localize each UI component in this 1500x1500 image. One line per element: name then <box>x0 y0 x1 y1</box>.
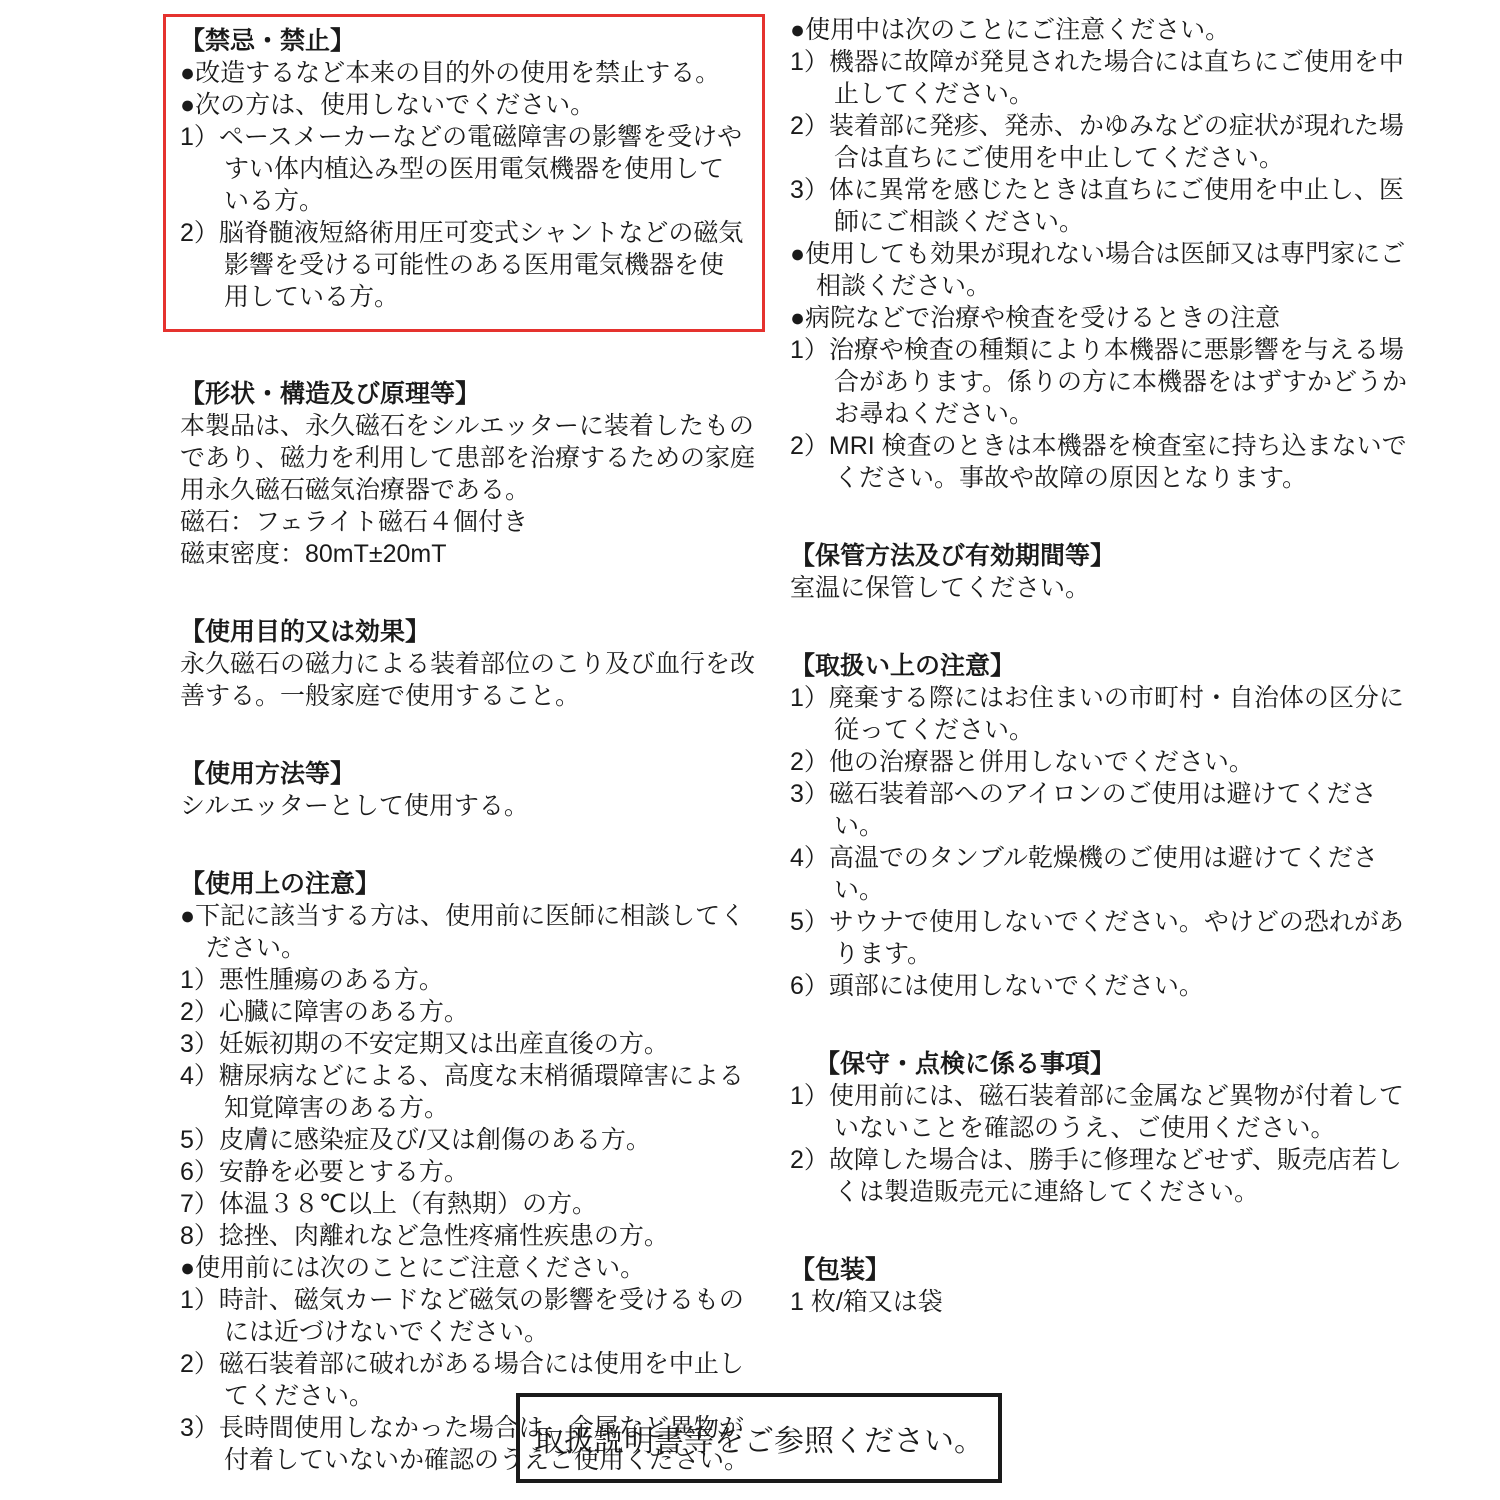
section-intended-purpose: 【使用目的又は効果】 永久磁石の磁力による装着部位のこり及び血行を改善する。一般… <box>163 616 765 712</box>
section-heading-storage: 【保管方法及び有効期間等】 <box>790 540 1422 572</box>
list-item: 2）脳脊髄液短絡術用圧可変式シャントなどの磁気影響を受ける可能性のある医用電気機… <box>180 217 748 313</box>
list-item: 4）高温でのタンブル乾燥機のご使用は避けてください。 <box>790 842 1422 906</box>
section-heading-shape-structure: 【形状・構造及び原理等】 <box>180 378 765 410</box>
list-item: ●下記に該当する方は、使用前に医師に相談してください。 <box>180 900 765 964</box>
list-item: 1）治療や検査の種類により本機器に悪影響を与える場合があります。係りの方に本機器… <box>790 334 1422 430</box>
list-item: 1）機器に故障が発見された場合には直ちにご使用を中止してください。 <box>790 46 1422 110</box>
paragraph: 磁石：フェライト磁石４個付き <box>180 506 765 538</box>
list-item: 6）安静を必要とする方。 <box>180 1156 765 1188</box>
list-item: 3）体に異常を感じたときは直ちにご使用を中止し、医師にご相談ください。 <box>790 174 1422 238</box>
paragraph: シルエッターとして使用する。 <box>180 790 765 822</box>
section-heading-usage-method: 【使用方法等】 <box>180 758 765 790</box>
section-usage-method: 【使用方法等】 シルエッターとして使用する。 <box>163 758 765 822</box>
section-heading-maintenance-inspection: 【保守・点検に係る事項】 <box>790 1048 1422 1080</box>
section-packaging: 【包装】 1 枚/箱又は袋 <box>790 1254 1422 1318</box>
list-item: 8）捻挫、肉離れなど急性疼痛性疾患の方。 <box>180 1220 765 1252</box>
section-handling-precautions: 【取扱い上の注意】 1）廃棄する際にはお住まいの市町村・自治体の区分に従ってくだ… <box>790 650 1422 1002</box>
list-item: 3）妊娠初期の不安定期又は出産直後の方。 <box>180 1028 765 1060</box>
section-maintenance-inspection: 【保守・点検に係る事項】 1）使用前には、磁石装着部に金属など異物が付着していな… <box>790 1048 1422 1208</box>
list-item: ●次の方は、使用しないでください。 <box>180 89 748 121</box>
list-item: 1）悪性腫瘍のある方。 <box>180 964 765 996</box>
list-item: 2）他の治療器と併用しないでください。 <box>790 746 1422 778</box>
list-item: 5）サウナで使用しないでください。やけどの恐れがあります。 <box>790 906 1422 970</box>
list-item: ●使用中は次のことにご注意ください。 <box>790 14 1422 46</box>
section-heading-packaging: 【包装】 <box>790 1254 1422 1286</box>
paragraph: 本製品は、永久磁石をシルエッターに装着したものであり、磁力を利用して患部を治療す… <box>180 410 765 506</box>
section-storage: 【保管方法及び有効期間等】 室温に保管してください。 <box>790 540 1422 604</box>
list-item: 6）頭部には使用しないでください。 <box>790 970 1422 1002</box>
list-item: 7）体温３８℃以上（有熱期）の方。 <box>180 1188 765 1220</box>
list-item: 3）磁石装着部へのアイロンのご使用は避けてください。 <box>790 778 1422 842</box>
paragraph: 磁束密度：80mT±20mT <box>180 538 765 570</box>
list-item: 2）心臓に障害のある方。 <box>180 996 765 1028</box>
paragraph: 1 枚/箱又は袋 <box>790 1286 1422 1318</box>
list-item: 4）糖尿病などによる、高度な末梢循環障害による知覚障害のある方。 <box>180 1060 765 1124</box>
list-item: ●使用前には次のことにご注意ください。 <box>180 1252 765 1284</box>
section-usage-precautions-continued: ●使用中は次のことにご注意ください。 1）機器に故障が発見された場合には直ちにご… <box>790 14 1422 494</box>
list-item: 2）装着部に発疹、発赤、かゆみなどの症状が現れた場合は直ちにご使用を中止してくだ… <box>790 110 1422 174</box>
left-column: 【禁忌・禁止】 ●改造するなど本来の目的外の使用を禁止する。 ●次の方は、使用し… <box>163 14 765 1476</box>
section-shape-structure: 【形状・構造及び原理等】 本製品は、永久磁石をシルエッターに装着したものであり、… <box>163 378 765 570</box>
list-item: 2）故障した場合は、勝手に修理などせず、販売店若しくは製造販売元に連絡してくださ… <box>790 1144 1422 1208</box>
list-item: ●使用しても効果が現れない場合は医師又は専門家にご相談ください。 <box>790 238 1422 302</box>
paragraph: 室温に保管してください。 <box>790 572 1422 604</box>
list-item: 2）MRI 検査のときは本機器を検査室に持ち込まないでください。事故や故障の原因… <box>790 430 1422 494</box>
paragraph: 永久磁石の磁力による装着部位のこり及び血行を改善する。一般家庭で使用すること。 <box>180 648 765 712</box>
list-item: ●病院などで治療や検査を受けるときの注意 <box>790 302 1422 334</box>
section-heading-usage-precautions: 【使用上の注意】 <box>180 868 765 900</box>
list-item: 5）皮膚に感染症及び/又は創傷のある方。 <box>180 1124 765 1156</box>
document-page: 【禁忌・禁止】 ●改造するなど本来の目的外の使用を禁止する。 ●次の方は、使用し… <box>0 0 1500 1500</box>
contraindications-warning-box: 【禁忌・禁止】 ●改造するなど本来の目的外の使用を禁止する。 ●次の方は、使用し… <box>163 14 765 332</box>
section-usage-precautions: 【使用上の注意】 ●下記に該当する方は、使用前に医師に相談してください。 1）悪… <box>163 868 765 1476</box>
section-heading-intended-purpose: 【使用目的又は効果】 <box>180 616 765 648</box>
list-item: 1）ペースメーカーなどの電磁障害の影響を受けやすい体内植込み型の医用電気機器を使… <box>180 121 748 217</box>
section-heading-handling-precautions: 【取扱い上の注意】 <box>790 650 1422 682</box>
list-item: 1）時計、磁気カードなど磁気の影響を受けるものには近づけないでください。 <box>180 1284 765 1348</box>
list-item: ●改造するなど本来の目的外の使用を禁止する。 <box>180 57 748 89</box>
manual-reference-note: 取扱説明書等をご参照ください。 <box>534 1416 984 1460</box>
right-column: ●使用中は次のことにご注意ください。 1）機器に故障が発見された場合には直ちにご… <box>790 14 1422 1318</box>
manual-reference-note-box: 取扱説明書等をご参照ください。 <box>516 1393 1002 1483</box>
list-item: 1）使用前には、磁石装着部に金属など異物が付着していないことを確認のうえ、ご使用… <box>790 1080 1422 1144</box>
section-heading-contraindications: 【禁忌・禁止】 <box>180 25 748 57</box>
list-item: 1）廃棄する際にはお住まいの市町村・自治体の区分に従ってください。 <box>790 682 1422 746</box>
